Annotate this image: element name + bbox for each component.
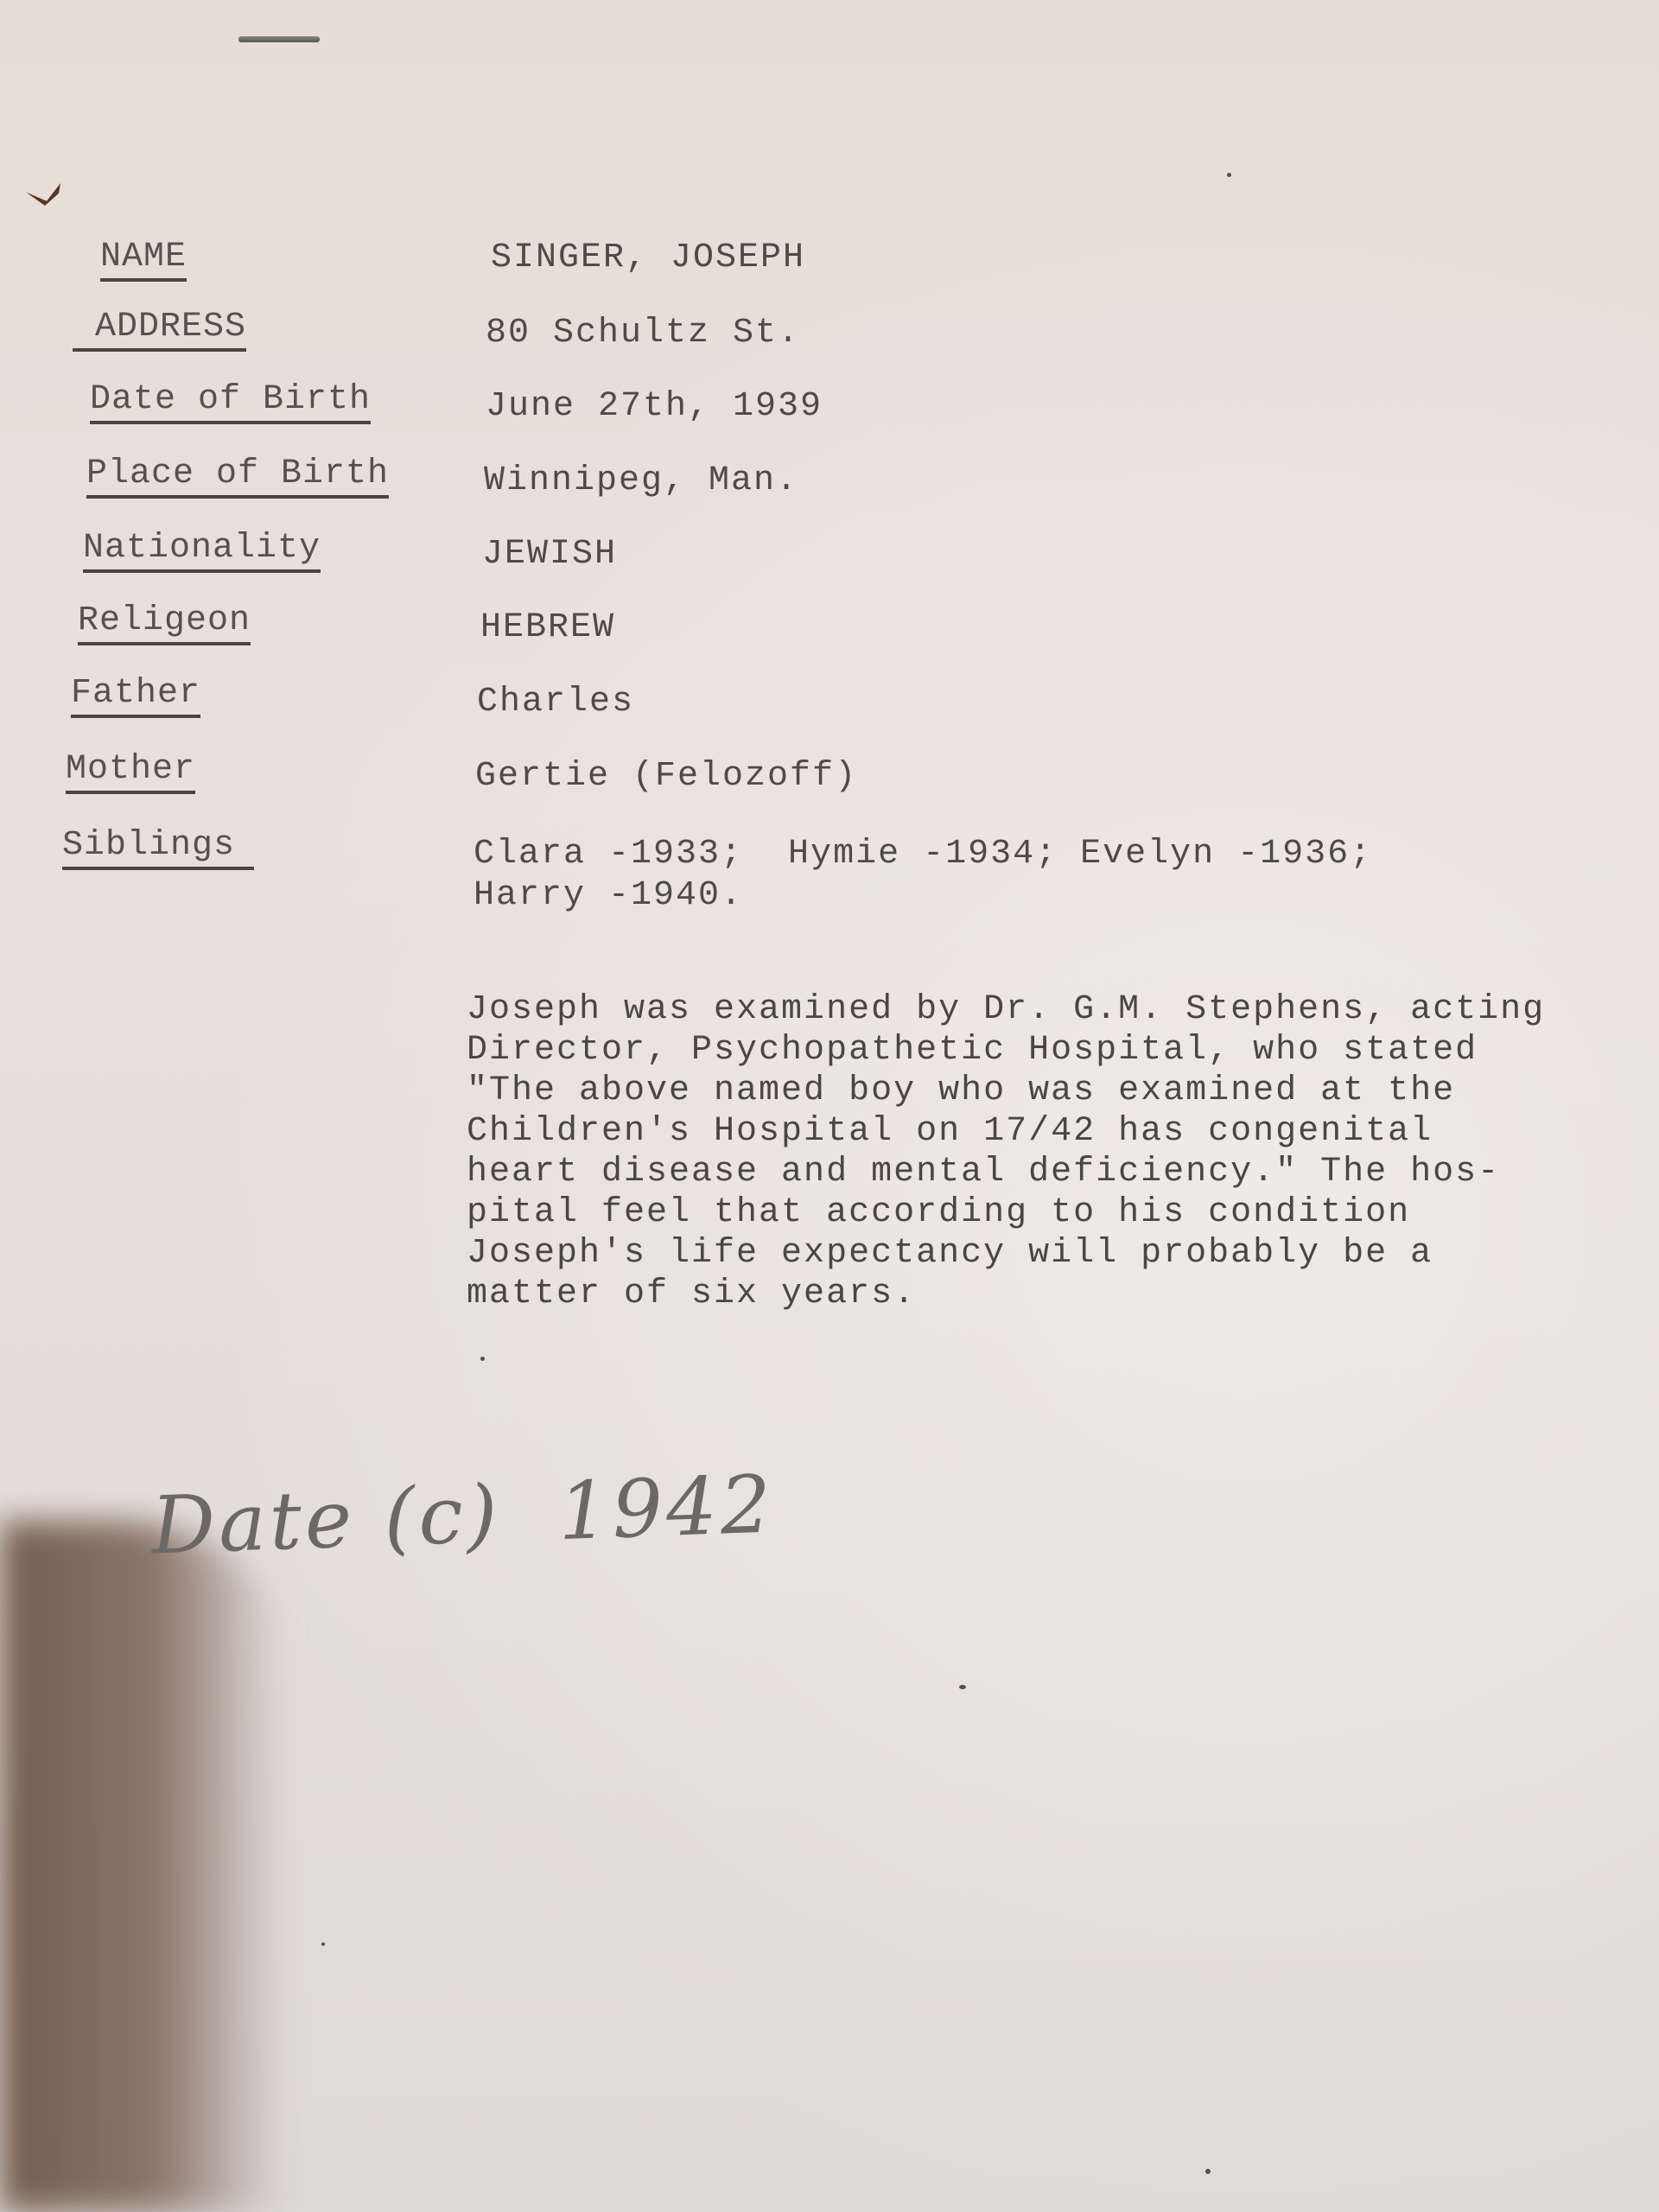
field-label: Siblings xyxy=(62,828,254,870)
field-value: Clara -1933; Hymie -1934; Evelyn -1936; … xyxy=(474,834,1372,917)
paper-speck xyxy=(1227,173,1231,177)
field-value: Winnipeg, Man. xyxy=(484,463,798,499)
field-value: Gertie (Felozoff) xyxy=(475,759,857,795)
field-value: SINGER, JOSEPH xyxy=(491,240,805,276)
paper-speck xyxy=(321,1942,325,1946)
field-value: 80 Schultz St. xyxy=(486,315,800,352)
field-label: NAME xyxy=(100,239,187,282)
field-value: June 27th, 1939 xyxy=(486,389,823,425)
paper-speck xyxy=(959,1685,966,1689)
field-value: JEWISH xyxy=(482,537,617,573)
paper-speck xyxy=(480,1357,485,1361)
field-label: Father xyxy=(71,676,200,718)
field-value: HEBREW xyxy=(480,610,615,646)
field-label: ADDRESS xyxy=(73,309,246,352)
field-value: Charles xyxy=(477,684,634,721)
examination-narrative: Joseph was examined by Dr. G.M. Stephens… xyxy=(467,989,1659,1314)
staple-mark xyxy=(238,36,320,42)
field-label: Religeon xyxy=(78,603,251,645)
paper-speck xyxy=(1205,2169,1211,2174)
field-label: Place of Birth xyxy=(86,456,389,499)
field-label: Date of Birth xyxy=(90,382,371,424)
field-label: Mother xyxy=(66,752,195,794)
field-label: Nationality xyxy=(83,531,321,573)
hand-shadow xyxy=(0,1521,285,2212)
